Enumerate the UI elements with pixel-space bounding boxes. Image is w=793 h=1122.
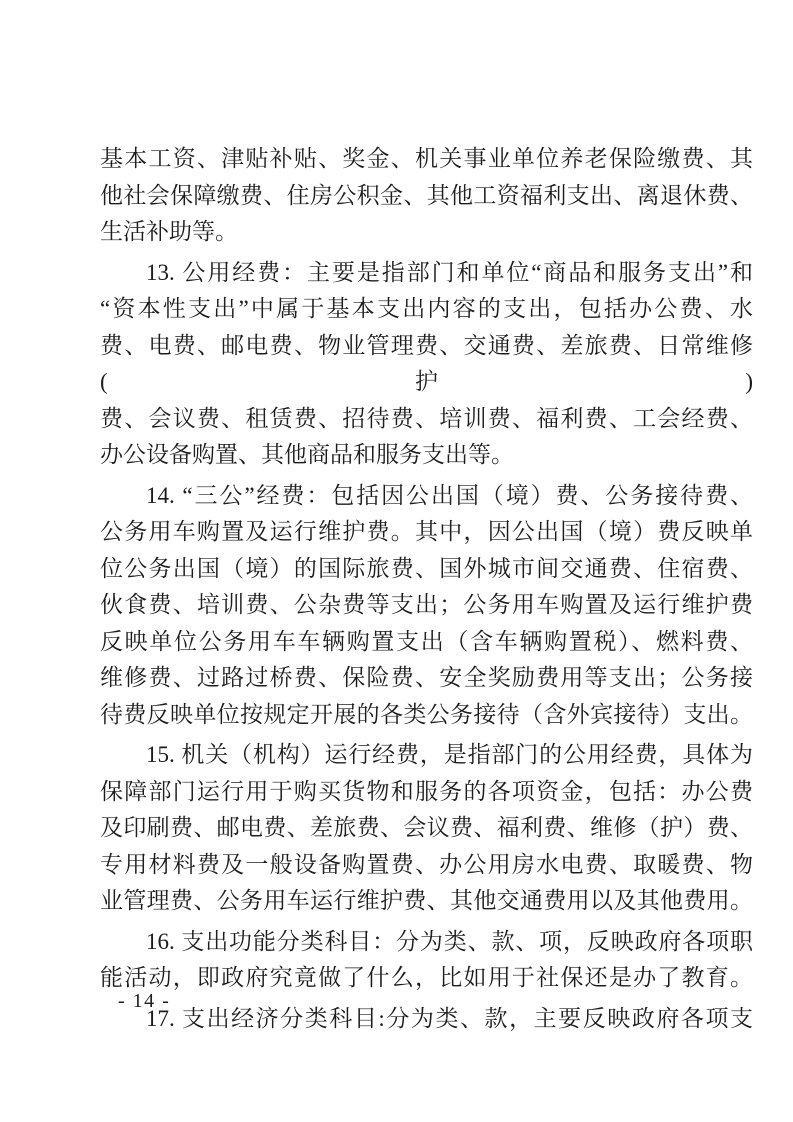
- text-line: 反映单位公务用车车辆购置支出（含车辆购置税）、燃料费、: [100, 624, 753, 661]
- text-line: 专用材料费及一般设备购置费、办公用房水电费、取暖费、物: [100, 847, 753, 884]
- text-line: 待费反映单位按规定开展的各类公务接待（含外宾接待）支出。: [100, 697, 753, 734]
- text-line: 伙食费、培训费、公杂费等支出；公务用车购置及运行维护费: [100, 587, 753, 624]
- text-line: 他社会保障缴费、住房公积金、其他工资福利支出、离退休费、: [100, 178, 753, 215]
- text-line: 17. 支出经济分类科目:分为类、款，主要反映政府各项支: [100, 1001, 753, 1038]
- paragraph-12-continuation: 基本工资、津贴补贴、奖金、机关事业单位养老保险缴费、其他社会保障缴费、住房公积金…: [100, 141, 753, 251]
- text-line: 14. “三公”经费：包括因公出国（境）费、公务接待费、: [100, 478, 753, 515]
- text-line: 13. 公用经费：主要是指部门和单位“商品和服务支出”和: [100, 255, 753, 292]
- text-line: 维修费、过路过桥费、保险费、安全奖励费用等支出；公务接: [100, 660, 753, 697]
- text-line: 16. 支出功能分类科目：分为类、款、项，反映政府各项职: [100, 924, 753, 961]
- text-line: 能活动，即政府究竟做了什么，比如用于社保还是办了教育。: [100, 960, 753, 997]
- text-line: 费、电费、邮电费、物业管理费、交通费、差旅费、日常维修(护): [100, 328, 753, 401]
- page-number: - 14 -: [118, 990, 170, 1013]
- paragraph-16-expenditure-functional-classification: 16. 支出功能分类科目：分为类、款、项，反映政府各项职能活动，即政府究竟做了什…: [100, 924, 753, 997]
- paragraph-17-expenditure-economic-classification: 17. 支出经济分类科目:分为类、款，主要反映政府各项支: [100, 1001, 753, 1038]
- text-line: 生活补助等。: [100, 214, 753, 251]
- text-line: 15. 机关（机构）运行经费，是指部门的公用经费，具体为: [100, 737, 753, 774]
- paragraph-15-agency-operating-funds: 15. 机关（机构）运行经费，是指部门的公用经费，具体为保障部门运行用于购买货物…: [100, 737, 753, 920]
- document-body-text: 基本工资、津贴补贴、奖金、机关事业单位养老保险缴费、其他社会保障缴费、住房公积金…: [100, 141, 753, 1037]
- text-line: 公务用车购置及运行维护费。其中，因公出国（境）费反映单: [100, 514, 753, 551]
- text-line: “资本性支出”中属于基本支出内容的支出，包括办公费、水: [100, 291, 753, 328]
- text-line: 业管理费、公务用车运行维护费、其他交通费用以及其他费用。: [100, 883, 753, 920]
- text-line: 保障部门运行用于购买货物和服务的各项资金，包括：办公费: [100, 774, 753, 811]
- paragraph-14-three-public-expenses: 14. “三公”经费：包括因公出国（境）费、公务接待费、公务用车购置及运行维护费…: [100, 478, 753, 734]
- text-line: 费、会议费、租赁费、招待费、培训费、福利费、工会经费、: [100, 401, 753, 438]
- paragraph-13-public-funds: 13. 公用经费：主要是指部门和单位“商品和服务支出”和“资本性支出”中属于基本…: [100, 255, 753, 474]
- text-line: 基本工资、津贴补贴、奖金、机关事业单位养老保险缴费、其: [100, 141, 753, 178]
- text-line: 位公务出国（境）的国际旅费、国外城市间交通费、住宿费、: [100, 551, 753, 588]
- text-line: 办公设备购置、其他商品和服务支出等。: [100, 437, 753, 474]
- text-line: 及印刷费、邮电费、差旅费、会议费、福利费、维修（护）费、: [100, 810, 753, 847]
- document-page: 基本工资、津贴补贴、奖金、机关事业单位养老保险缴费、其他社会保障缴费、住房公积金…: [0, 0, 793, 1122]
